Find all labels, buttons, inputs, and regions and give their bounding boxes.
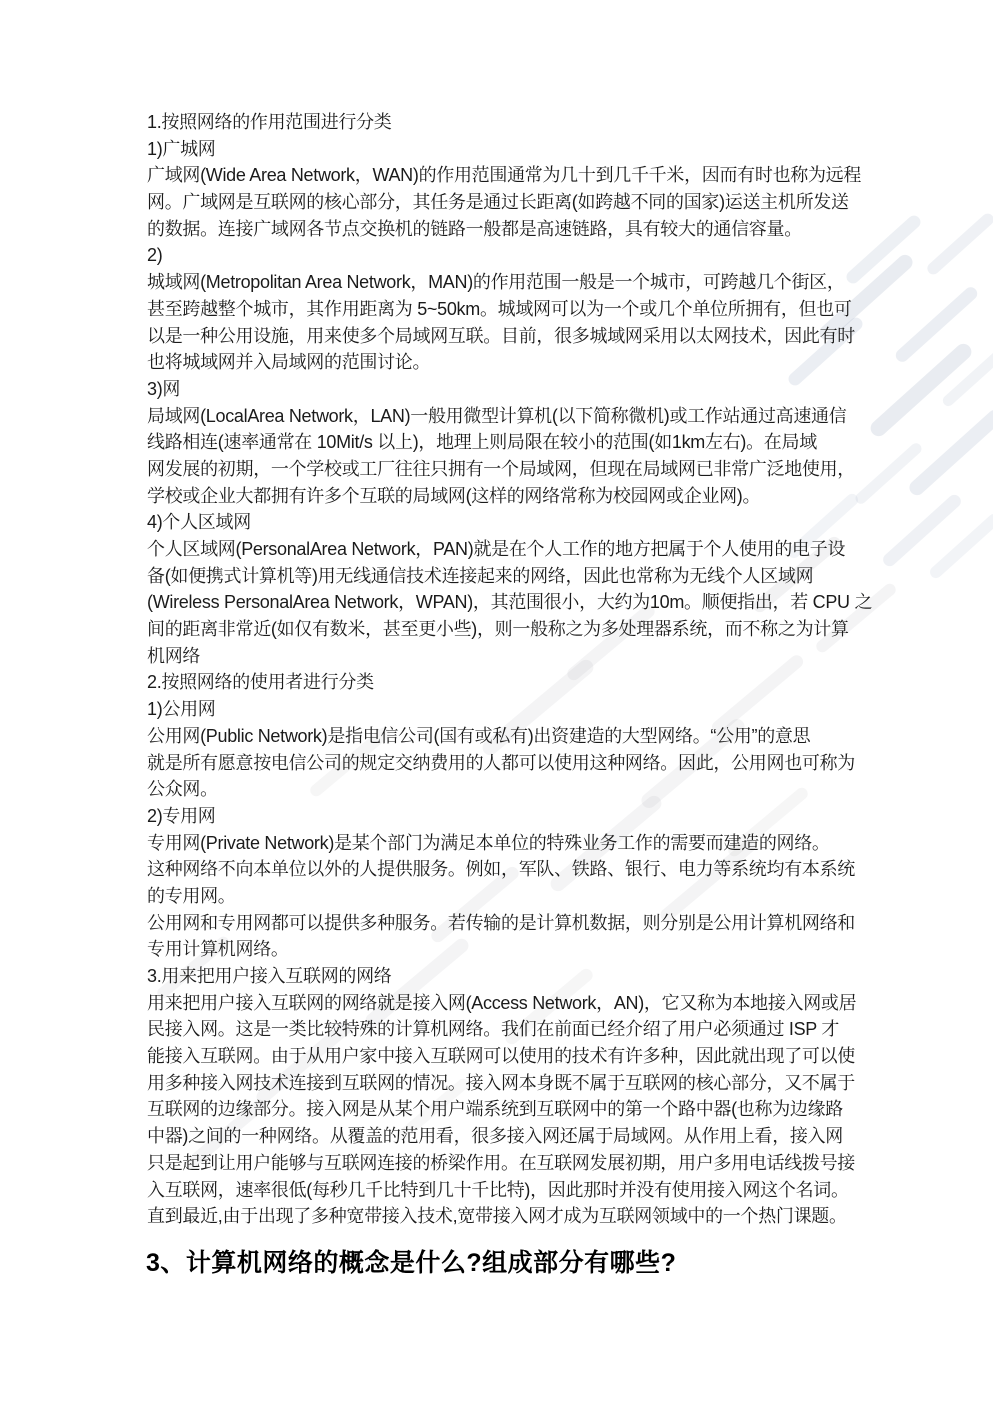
text-line: 专用计算机网络。 xyxy=(147,936,865,963)
watermark-stroke xyxy=(893,285,980,365)
text-line: 以是一种公用设施，用来使多个局域网互联。目前，很多城域网采用以太网技术，因此有时 xyxy=(147,323,865,350)
text-line: 网。广域网是互联网的核心部分，其任务是通过长距离(如跨越不同的国家)运送主机所发… xyxy=(147,189,865,216)
text-line: 城域网(Metropolitan Area Network，MAN)的作用范围一… xyxy=(147,269,865,296)
text-line: 公用网(Public Network)是指电信公司(国有或私有)出资建造的大型网… xyxy=(147,723,865,750)
watermark-stroke xyxy=(925,211,993,277)
text-line: (Wireless PersonalArea Network，WPAN)，其范围… xyxy=(147,589,865,616)
text-line: 间的距离非常近(如仅有数米，甚至更小些)，则一般称之为多处理器系统，而不称之为计… xyxy=(147,616,865,643)
text-line: 只是起到让用户能够与互联网连接的桥梁作用。在互联网发展初期，用户多用电话线拨号接 xyxy=(147,1150,865,1177)
text-line: 中器)之间的一种网络。从覆盖的范用看，很多接入网还属于局域网。从作用上看，接入网 xyxy=(147,1123,865,1150)
text-line: 学校或企业大都拥有许多个互联的局域网(这样的网络常称为校园网或企业网)。 xyxy=(147,483,865,510)
text-line: 公用网和专用网都可以提供多种服务。若传输的是计算机数据，则分别是公用计算机网络和 xyxy=(147,910,865,937)
text-line: 直到最近,由于出现了多种宽带接入技术,宽带接入网才成为互联网领域中的一个热门课题… xyxy=(147,1203,865,1230)
text-line: 专用网(Private Network)是某个部门为满足本单位的特殊业务工作的需… xyxy=(147,830,865,857)
watermark-stroke xyxy=(941,347,993,409)
text-line: 1)公用网 xyxy=(147,696,865,723)
text-line: 局域网(LocalArea Network，LAN)一般用微型计算机(以下简称微… xyxy=(147,403,865,430)
text-line: 互联网的边缘部分。接入网是从某个用户端系统到互联网中的第一个路中器(也称为边缘路 xyxy=(147,1096,865,1123)
text-line: 的专用网。 xyxy=(147,883,865,910)
text-line: 民接入网。这是一类比较特殊的计算机网络。我们在前面已经介绍了用户必须通过 ISP… xyxy=(147,1016,865,1043)
text-line: 就是所有愿意按电信公司的规定交纳费用的人都可以使用这种网络。因此，公用网也可称为 xyxy=(147,750,865,777)
text-line: 3)网 xyxy=(147,376,865,403)
text-line: 备(如便携式计算机等)用无线通信技术连接起来的网络，因此也常称为无线个人区域网 xyxy=(147,563,865,590)
watermark-stroke xyxy=(906,407,993,498)
document-body: 1.按照网络的作用范围进行分类1)广城网广域网(Wide Area Networ… xyxy=(147,109,865,1230)
section-heading: 3、计算机网络的概念是什么?组成部分有哪些? xyxy=(146,1243,676,1279)
watermark-stroke xyxy=(880,492,963,569)
text-line: 2.按照网络的使用者进行分类 xyxy=(147,669,865,696)
text-line: 这种网络不向本单位以外的人提供服务。例如，军队、铁路、银行、电力等系统均有本系统 xyxy=(147,856,865,883)
text-line: 网发展的初期，一个学校或工厂往往只拥有一个局域网，但现在局域网已非常广泛地使用， xyxy=(147,456,865,483)
text-line: 也将城域网并入局域网的范围讨论。 xyxy=(147,349,865,376)
text-line: 个人区域网(PersonalArea Network，PAN)就是在个人工作的地… xyxy=(147,536,865,563)
text-line: 1.按照网络的作用范围进行分类 xyxy=(147,109,865,136)
text-line: 线路相连(速率通常在 10Mit/s 以上)，地理上则局限在较小的范围(如1km… xyxy=(147,429,865,456)
text-line: 4)个人区域网 xyxy=(147,509,865,536)
text-line: 入互联网，速率很低(每秒几千比特到几十千比特)，因此那时并没有使用接入网这个名词… xyxy=(147,1177,865,1204)
text-line: 广域网(Wide Area Network，WAN)的作用范围通常为几十到几千千… xyxy=(147,162,865,189)
text-line: 机网络 xyxy=(147,643,865,670)
text-line: 1)广城网 xyxy=(147,136,865,163)
text-line: 2) xyxy=(147,242,865,269)
text-line: 用多种接入网技术连接到互联网的情况。接入网本身既不属于互联网的核心部分，又不属于 xyxy=(147,1070,865,1097)
text-line: 甚至跨越整个城市，其作用距离为 5~50km。城域网可以为一个或几个单位所拥有，… xyxy=(147,296,865,323)
text-line: 的数据。连接广域网各节点交换机的链路一般都是高速链路，具有较大的通信容量。 xyxy=(147,216,865,243)
text-line: 3.用来把用户接入互联网的网络 xyxy=(147,963,865,990)
text-line: 2)专用网 xyxy=(147,803,865,830)
text-line: 公众网。 xyxy=(147,776,865,803)
watermark-stroke xyxy=(928,511,993,580)
watermark-stroke xyxy=(867,341,974,440)
text-line: 能接入互联网。由于从用户家中接入互联网可以使用的技术有许多种，因此就出现了可以使 xyxy=(147,1043,865,1070)
text-line: 用来把用户接入互联网的网络就是接入网(Access Network，AN)，它又… xyxy=(147,990,865,1017)
document-page: 1.按照网络的作用范围进行分类1)广城网广域网(Wide Area Networ… xyxy=(0,0,993,1404)
